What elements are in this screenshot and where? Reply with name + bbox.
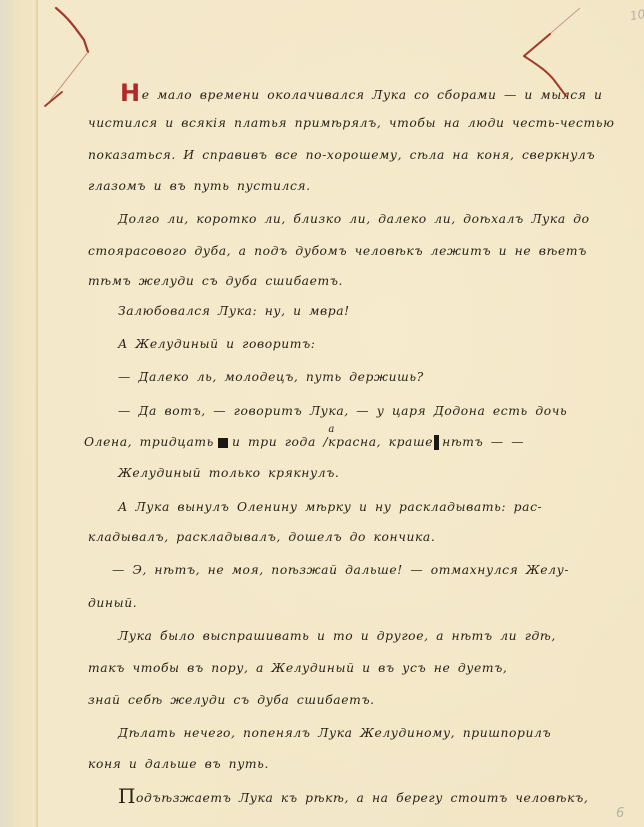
text-line: Залюбовался Лука: ну, и мвра! bbox=[118, 296, 350, 326]
redaction-block bbox=[434, 435, 439, 450]
page-fold-line bbox=[36, 0, 38, 827]
folio-number-top: 10 bbox=[629, 7, 644, 23]
text-line: коня и дальше въ путь. bbox=[88, 749, 269, 779]
red-initial-letter: Н bbox=[120, 79, 141, 107]
text-line: кладывалъ, раскладывалъ, дошелъ до кончи… bbox=[88, 522, 435, 552]
binding-edge bbox=[0, 0, 14, 827]
text-line: Долго ли, коротко ли, близко ли, далеко … bbox=[118, 204, 590, 234]
text-line: Подъѣзжаетъ Лука къ рѣкѣ, а на берегу ст… bbox=[118, 781, 588, 811]
redaction-block bbox=[218, 438, 228, 448]
text-line: знай себѣ желуди съ дуба сшибаетъ. bbox=[88, 685, 375, 715]
text-line: — Э, нѣтъ, не моя, поѣзжай дальше! — отм… bbox=[112, 555, 569, 585]
text-line: тѣмъ желуди съ дуба сшибаетъ. bbox=[88, 266, 343, 296]
text-line: глазомъ и въ путь пустился. bbox=[88, 171, 311, 201]
text-line: чистился и всякія платья примѣрялъ, чтоб… bbox=[88, 108, 615, 138]
text-line: А Лука вынулъ Оленину мѣрку и ну расклад… bbox=[118, 492, 542, 522]
text-line: Желудиный только крякнулъ. bbox=[118, 458, 339, 488]
text-line: — Да вотъ, — говоритъ Лука, — у царя Дод… bbox=[118, 396, 567, 426]
large-initial-letter: П bbox=[118, 784, 136, 808]
text-line: А Желудиный и говоритъ: bbox=[118, 329, 316, 359]
text-line: Олена, тридцатьи три года /акрасна, краш… bbox=[84, 427, 524, 457]
text-line: Дѣлать нечего, попенялъ Лука Желудиному,… bbox=[118, 718, 551, 748]
text-line: стоярасового дуба, а подъ дубомъ человѣк… bbox=[88, 236, 587, 266]
insertion-caret: /а bbox=[323, 427, 328, 457]
manuscript-page: 10 6 Не мало времени околачивался Лука с… bbox=[0, 0, 644, 827]
text-line: Не мало времени околачивался Лука со сбо… bbox=[120, 78, 603, 108]
left-corner-bracket-mark bbox=[40, 0, 100, 110]
folio-number-bottom: 6 bbox=[616, 806, 624, 821]
text-line: показаться. И справивъ все по-хорошему, … bbox=[88, 140, 595, 170]
text-line: диный. bbox=[88, 588, 137, 618]
text-line: такъ чтобы въ пору, а Желудиный и въ усъ… bbox=[88, 653, 507, 683]
text-line: — Далеко ль, молодецъ, путь держишь? bbox=[118, 362, 424, 392]
text-line: Лука было выспрашивать и то и другое, а … bbox=[118, 621, 556, 651]
